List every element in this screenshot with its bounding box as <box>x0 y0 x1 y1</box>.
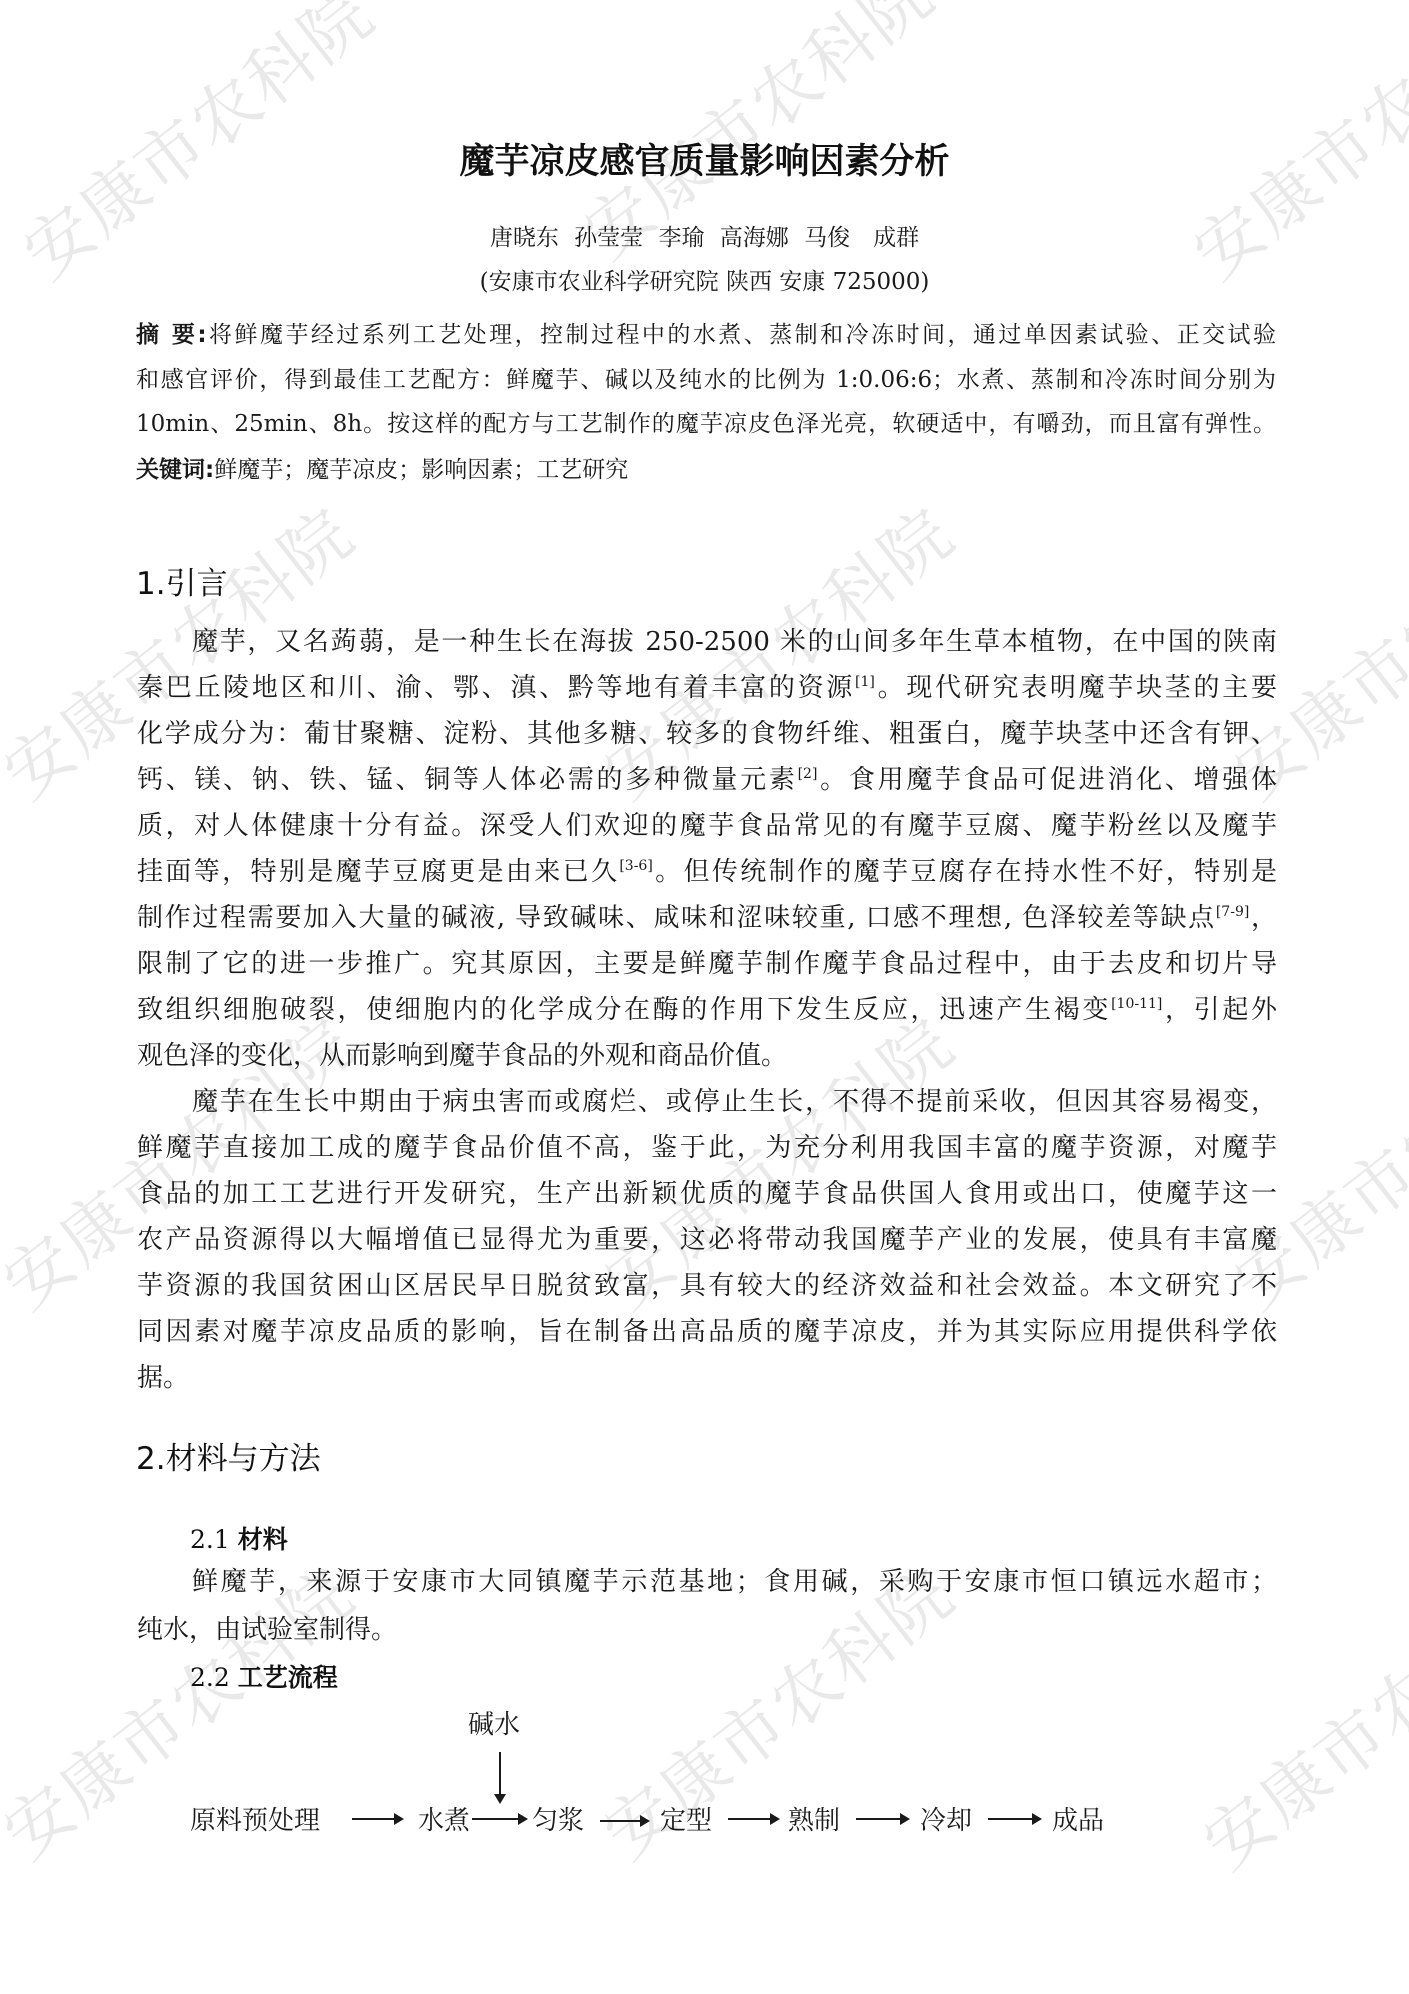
body-line: 魔芋在生长中期由于病虫害而或腐烂、或停止生长，不得不提前采收，但因其容易褐变， <box>192 1086 1277 1118</box>
body-line: 纯水，由试验室制得。 <box>137 1614 1277 1646</box>
body-line: 农产品资源得以大幅增值已显得尤为重要，这必将带动我国魔芋产业的发展，使具有丰富魔 <box>137 1224 1277 1256</box>
abstract-line: 10min、25min、8h。按这样的配方与工艺制作的魔芋凉皮色泽光亮，软硬适中… <box>136 405 1276 438</box>
keywords: 鲜魔芋；魔芋凉皮；影响因素；工艺研究 <box>214 457 628 483</box>
flow-step: 原料预处理 <box>190 1800 320 1837</box>
body-line: 鲜魔芋直接加工成的魔芋食品价值不高，鉴于此，为充分利用我国丰富的魔芋资源，对魔芋 <box>137 1132 1277 1164</box>
body-line: 致组织细胞破裂，使细胞内的化学成分在酶的作用下发生反应，迅速产生褐变[10-11… <box>137 994 1277 1026</box>
body-line: 化学成分为：葡甘聚糖、淀粉、其他多糖、较多的食物纤维、粗蛋白，魔芋块茎中还含有钾… <box>137 718 1277 750</box>
abstract-line: 摘 要:将鲜魔芋经过系列工艺处理，控制过程中的水煮、蒸制和冷冻时间，通过单因素试… <box>136 316 1276 349</box>
citation: [10-11] <box>1111 996 1162 1012</box>
affiliation: (安康市农业科学研究院 陕西 安康 725000) <box>0 263 1409 296</box>
flow-step: 熟制 <box>788 1800 840 1837</box>
body-line: 同因素对魔芋凉皮品质的影响，旨在制备出高品质的魔芋凉皮，并为其实际应用提供科学依 <box>137 1316 1277 1348</box>
flow-step: 成品 <box>1052 1800 1104 1837</box>
arrow-right-icon <box>856 1818 908 1820</box>
keywords-line: 关键词:鲜魔芋；魔芋凉皮；影响因素；工艺研究 <box>136 451 1276 484</box>
arrow-down-icon <box>499 1752 501 1802</box>
subsection-heading-materials: 2.1材料 <box>190 1520 288 1556</box>
body-line: 据。 <box>137 1362 1277 1394</box>
flow-step: 定型 <box>660 1800 712 1837</box>
flow-step: 水煮 <box>418 1800 470 1837</box>
section-heading-introduction: 1.引言 <box>136 558 228 603</box>
citation: [2] <box>798 766 818 782</box>
citation: [3-6] <box>619 858 652 874</box>
arrow-right-icon <box>472 1818 526 1820</box>
arrow-right-icon <box>352 1818 402 1820</box>
flow-step: 匀浆 <box>532 1800 584 1837</box>
arrow-right-icon <box>988 1818 1040 1820</box>
body-line: 秦巴丘陵地区和川、渝、鄂、滇、黔等地有着丰富的资源[1]。现代研究表明魔芋块茎的… <box>137 672 1277 704</box>
citation: [1] <box>855 674 875 690</box>
body-line: 鲜魔芋，来源于安康市大同镇魔芋示范基地；食用碱，采购于安康市恒口镇远水超市； <box>192 1566 1277 1598</box>
body-line: 食品的加工工艺进行开发研究，生产出新颖优质的魔芋食品供国人食用或出口，使魔芋这一 <box>137 1178 1277 1210</box>
body-line: 挂面等，特别是魔芋豆腐更是由来已久[3-6]。但传统制作的魔芋豆腐存在持水性不好… <box>137 856 1277 888</box>
body-line: 芋资源的我国贫困山区居民早日脱贫致富，具有较大的经济效益和社会效益。本文研究了不 <box>137 1270 1277 1302</box>
body-line: 限制了它的进一步推广。究其原因，主要是鲜魔芋制作魔芋食品过程中，由于去皮和切片导 <box>137 948 1277 980</box>
keywords-label: 关键词: <box>136 457 214 483</box>
body-line: 钙、镁、钠、铁、锰、铜等人体必需的多种微量元素[2]。食用魔芋食品可促进消化、增… <box>137 764 1277 796</box>
author-list: 唐晓东 孙莹莹 李瑜 高海娜 马俊 成群 <box>0 219 1409 252</box>
section-heading-materials-methods: 2.材料与方法 <box>136 1433 321 1478</box>
abstract-line: 和感官评价，得到最佳工艺配方：鲜魔芋、碱以及纯水的比例为 1:0.06:6；水煮… <box>136 361 1276 394</box>
body-line: 观色泽的变化，从而影响到魔芋食品的外观和商品价值。 <box>137 1040 1277 1072</box>
flow-step: 冷却 <box>920 1800 972 1837</box>
body-line: 质，对人体健康十分有益。深受人们欢迎的魔芋食品常见的有魔芋豆腐、魔芋粉丝以及魔芋 <box>137 810 1277 842</box>
body-line: 魔芋，又名蒟蒻，是一种生长在海拔 250-2500 米的山间多年生草本植物，在中… <box>192 626 1277 658</box>
arrow-right-icon <box>728 1818 778 1820</box>
body-line: 制作过程需要加入大量的碱液, 导致碱味、咸味和涩味较重, 口感不理想, 色泽较差… <box>137 902 1277 934</box>
paper-page: 魔芋凉皮感官质量影响因素分析 唐晓东 孙莹莹 李瑜 高海娜 马俊 成群 (安康市… <box>0 0 1409 1994</box>
abstract-label: 摘 要: <box>136 322 207 348</box>
paper-title: 魔芋凉皮感官质量影响因素分析 <box>0 134 1409 184</box>
citation: [7-9] <box>1216 904 1249 920</box>
arrow-right-icon <box>600 1820 648 1822</box>
subsection-heading-process-flow: 2.2工艺流程 <box>190 1658 338 1694</box>
flow-input-alkaline-water: 碱水 <box>468 1704 520 1741</box>
